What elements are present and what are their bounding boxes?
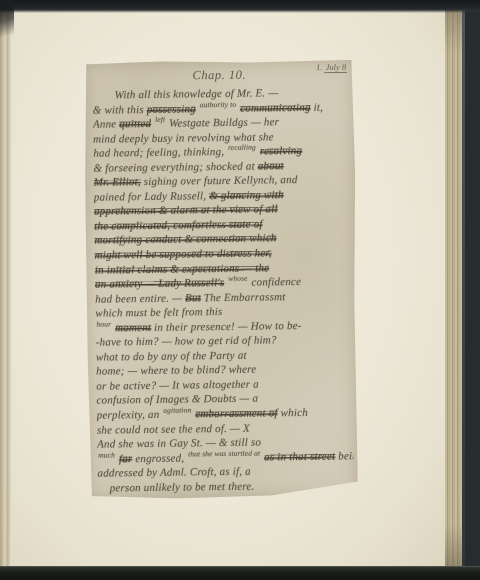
deleted-text: as in that street xyxy=(264,450,335,463)
manuscript-text: X xyxy=(243,422,250,434)
manuscript-text: perplexity, an xyxy=(97,409,160,422)
manuscript-text: had heard; feeling, thinking, xyxy=(93,146,224,160)
interlinear-insertion: whose xyxy=(228,274,247,286)
deleted-text: moment xyxy=(115,322,151,334)
deleted-text: quitted xyxy=(119,118,151,130)
interlinear-insertion: agitation xyxy=(163,405,191,418)
manuscript-text: in their presence! — How to be- xyxy=(154,320,302,334)
book-cover-highlight xyxy=(462,0,465,580)
manuscript-text: & with this xyxy=(93,104,144,117)
page-annotation: 1. July 8 xyxy=(316,62,347,72)
deleted-text: & glancing with xyxy=(209,189,284,202)
deleted-text: about xyxy=(258,160,284,172)
manuscript-text: Anne xyxy=(93,118,117,130)
manuscript-text: mind deeply busy in revolving what she xyxy=(93,131,274,145)
top-left-corner-shadow xyxy=(0,0,14,44)
manuscript-text: confusion of Images & Doubts — a xyxy=(96,393,258,407)
manuscript-text: Westgate Buildgs — her xyxy=(169,116,279,129)
manuscript-lines: With all this knowledge of Mr. E. — & wi… xyxy=(92,85,353,497)
deleted-text: the complicated, comfortless state of xyxy=(94,218,263,232)
manuscript-text: addressed by Adml. Croft, as if, a xyxy=(97,466,251,480)
deleted-text: communicating xyxy=(240,101,311,114)
deleted-text: mortifying conduct & connection which xyxy=(94,233,276,247)
deleted-text: an anxiety — Lady Russell's xyxy=(95,277,225,291)
deleted-text: Mr. Elliot, xyxy=(94,176,141,189)
manuscript-text: & forseeing everything; shocked at xyxy=(93,160,255,174)
manuscript-text: engrossed, xyxy=(135,452,184,465)
annotation-date: July 8 xyxy=(325,62,348,73)
manuscript-leaf: 1. July 8 Chap. 10. With all this knowle… xyxy=(84,60,358,499)
interlinear-insertion: that she was startled at xyxy=(188,449,260,462)
manuscript-text: what to do by any of the Party at xyxy=(96,350,247,364)
manuscript-text: pained for Lady Russell, xyxy=(94,190,207,203)
manuscript-text: she could not see the end of. — xyxy=(97,422,240,436)
deleted-text: embarrassment of xyxy=(195,407,277,420)
chapter-heading: Chap. 10. xyxy=(84,67,354,84)
manuscript-text: With all this knowledge of Mr. E. — xyxy=(114,87,278,101)
book-cover-top-band xyxy=(0,0,480,13)
left-gutter-edge xyxy=(0,0,12,580)
manuscript-text: sighing over future Kellynch, and xyxy=(144,174,298,188)
manuscript-text: home; — where to be blind? where xyxy=(96,364,256,378)
deleted-text: apprehension & alarm at the view of all xyxy=(94,204,278,218)
interlinear-insertion: recalling xyxy=(228,144,256,156)
deleted-text: in initial claims & expectations — the xyxy=(95,262,270,276)
deleted-text: might well be supposed to distress her, xyxy=(95,247,272,261)
deleted-text: But xyxy=(185,292,201,304)
deleted-text: far xyxy=(119,453,133,465)
manuscript-text: which must be felt from this xyxy=(95,306,222,320)
page-fore-edges xyxy=(445,8,463,570)
book-cover-bottom-band xyxy=(0,566,480,580)
photo-of-bound-manuscript: 1. July 8 Chap. 10. With all this knowle… xyxy=(0,0,480,580)
manuscript-text: or be active? — It was altogether a xyxy=(96,378,259,392)
deleted-text: resolving xyxy=(260,145,302,158)
manuscript-text: And she was in Gay St. — & still so xyxy=(97,437,261,451)
manuscript-text: had been entire. — xyxy=(95,292,182,305)
deleted-text: possessing xyxy=(147,103,196,116)
manuscript-text: The Embarrassmt xyxy=(204,291,286,304)
manuscript-text: -have to him? — how to get rid of him? xyxy=(96,335,277,349)
manuscript-text: being xyxy=(338,450,353,462)
manuscript-text: person unlikely to be met there. xyxy=(110,480,255,494)
manuscript-text: confidence xyxy=(251,276,301,289)
annotation-number: 1. xyxy=(316,62,322,72)
manuscript-text: it, xyxy=(313,101,323,113)
interlinear-insertion: authority to xyxy=(200,100,237,112)
manuscript-text: which xyxy=(281,407,308,419)
interlinear-insertion: left xyxy=(155,114,165,127)
